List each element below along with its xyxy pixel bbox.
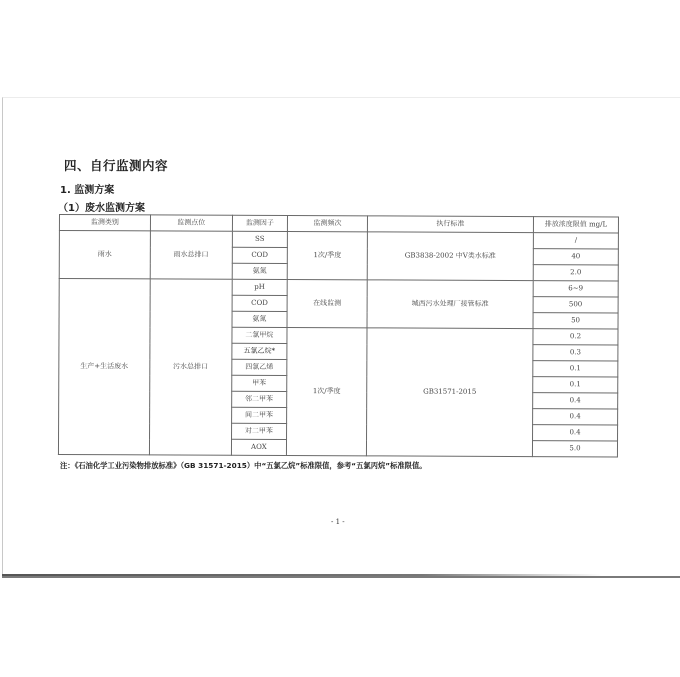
cell-point: 污水总排口: [149, 279, 232, 455]
header-limit: 排放浓度限值 mg/L: [533, 217, 618, 233]
page-edge-shadow: [2, 574, 602, 576]
cell-standard: GB3838-2002 中Ⅴ类水标准: [367, 232, 533, 281]
cell-factor: AOX: [231, 439, 286, 455]
sub-subsection-heading: （1）废水监测方案: [58, 199, 145, 214]
cell-limit: 6~9: [533, 281, 618, 297]
cell-limit: 0.3: [533, 345, 618, 361]
cell-category: 雨水: [59, 231, 150, 279]
cell-factor: 氨氮: [232, 263, 287, 279]
cell-standard: GB31571-2015: [366, 328, 533, 457]
cell-factor: SS: [232, 231, 287, 247]
cell-frequency: 在线监测: [287, 279, 367, 327]
cell-factor: 邻二甲苯: [231, 391, 286, 407]
cell-factor: 甲苯: [231, 375, 286, 391]
cell-factor: 五氯乙烷*: [232, 343, 287, 359]
cell-frequency: 1次/季度: [287, 231, 367, 279]
cell-limit: 0.4: [533, 393, 618, 409]
cell-limit: 2.0: [533, 265, 618, 281]
cell-point: 雨水总排口: [150, 231, 232, 279]
cell-factor: 氨氮: [232, 311, 287, 327]
footnote: 注：《石油化学工业污染物排放标准》（GB 31571-2015）中“五氯乙烷”标…: [60, 461, 427, 471]
cell-limit: 0.4: [533, 425, 618, 441]
cell-limit: 40: [533, 249, 618, 265]
cell-limit: 0.1: [533, 361, 618, 377]
subsection-heading: 1. 监测方案: [60, 181, 114, 196]
section-heading: 四、自行监测内容: [64, 156, 168, 174]
cell-factor: 对二甲苯: [231, 423, 286, 439]
cell-limit: 50: [533, 313, 618, 329]
cell-standard: 城西污水处理厂接管标准: [367, 280, 533, 329]
page-number: - 1 -: [331, 518, 345, 526]
cell-limit: 500: [533, 297, 618, 313]
cell-factor: pH: [232, 279, 287, 295]
cell-factor: 二氯甲烷: [232, 327, 287, 343]
cell-limit: /: [533, 233, 618, 249]
cell-category: 生产+生活废水: [58, 279, 150, 455]
header-category: 监测类别: [59, 215, 150, 231]
cell-limit: 5.0: [532, 441, 617, 457]
cell-limit: 0.2: [533, 329, 618, 345]
cell-factor: 四氯乙烯: [231, 359, 286, 375]
cell-frequency: 1次/季度: [287, 327, 367, 455]
cell-limit: 0.4: [533, 409, 618, 425]
header-frequency: 监测频次: [288, 215, 368, 231]
header-point: 监测点位: [150, 215, 232, 231]
header-standard: 执行标准: [367, 216, 533, 233]
cell-factor: 间二甲苯: [231, 407, 286, 423]
wastewater-monitoring-table: 监测类别 监测点位 监测因子 监测频次 执行标准 排放浓度限值 mg/L 雨水雨…: [58, 214, 619, 457]
table-body: 雨水雨水总排口SS1次/季度GB3838-2002 中Ⅴ类水标准/COD40氨氮…: [58, 231, 618, 457]
cell-factor: COD: [232, 295, 287, 311]
header-factor: 监测因子: [232, 215, 287, 231]
cell-factor: COD: [232, 247, 287, 263]
table-row: 雨水雨水总排口SS1次/季度GB3838-2002 中Ⅴ类水标准/: [59, 231, 618, 249]
cell-limit: 0.1: [533, 377, 618, 393]
table-row: 生产+生活废水污水总排口pH在线监测城西污水处理厂接管标准6~9: [59, 279, 618, 297]
